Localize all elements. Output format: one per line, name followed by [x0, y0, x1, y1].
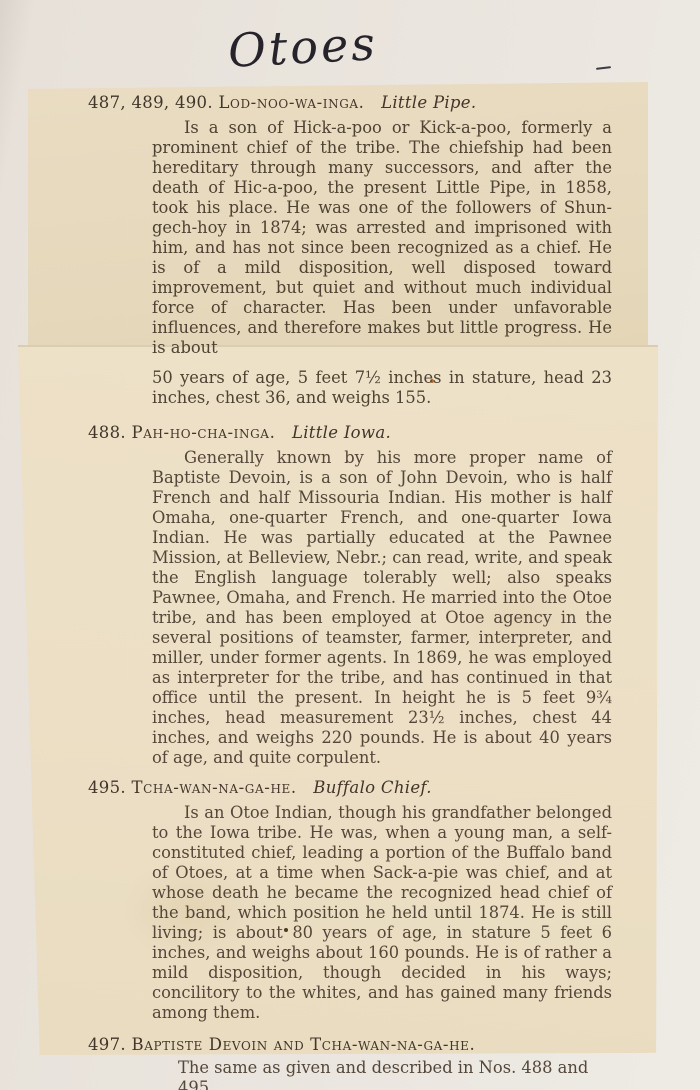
entry-native-name: Lod-noo-wa-inga. — [218, 93, 364, 112]
entry-translation: Buffalo Chief. — [313, 778, 432, 797]
entry-number: 497. — [88, 1035, 126, 1054]
entry-native-name: Pah-ho-cha-inga. — [132, 423, 276, 442]
handwritten-title: Otoes — [227, 16, 379, 78]
entry-487: 487, 489, 490. Lod-noo-wa-inga. Little P… — [88, 92, 612, 408]
entry-heading: 487, 489, 490. Lod-noo-wa-inga. Little P… — [88, 92, 612, 114]
entry-number: 487, 489, 490. — [88, 93, 213, 112]
entry-heading: 495. Tcha-wan-na-ga-he. Buffalo Chief. — [88, 777, 612, 799]
entry-translation: Little Iowa. — [292, 423, 391, 442]
entry-paragraph: Generally known by his more proper name … — [152, 448, 612, 768]
entry-paragraph-continued: 50 years of age, 5 feet 7½ inches in sta… — [152, 368, 612, 408]
document-text-column: 487, 489, 490. Lod-noo-wa-inga. Little P… — [88, 92, 612, 1090]
entry-translation: Little Pipe. — [381, 93, 476, 112]
entry-native-name: Tcha-wan-na-ga-he. — [132, 778, 297, 797]
entry-497: 497. Baptiste Devoin and Tcha-wan-na-ga-… — [88, 1034, 612, 1090]
entry-number: 495. — [88, 778, 126, 797]
entry-495: 495. Tcha-wan-na-ga-he. Buffalo Chief. I… — [88, 777, 612, 1023]
entry-native-name: Baptiste Devoin and Tcha-wan-na-ga-he. — [132, 1035, 476, 1054]
entry-paragraph: Is a son of Hick-a-poo or Kick-a-poo, fo… — [152, 118, 612, 358]
entry-paragraph: The same as given and described in Nos. … — [178, 1058, 612, 1090]
entry-heading: 497. Baptiste Devoin and Tcha-wan-na-ga-… — [88, 1034, 612, 1056]
entry-paragraph: Is an Otoe Indian, though his grandfathe… — [152, 803, 612, 1023]
entry-heading: 488. Pah-ho-cha-inga. Little Iowa. — [88, 422, 612, 444]
entry-488: 488. Pah-ho-cha-inga. Little Iowa. Gener… — [88, 422, 612, 768]
entry-number: 488. — [88, 423, 126, 442]
